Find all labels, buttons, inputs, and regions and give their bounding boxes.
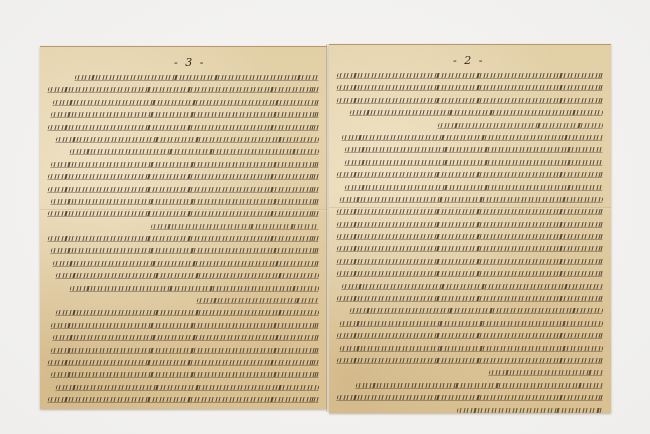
ink-stroke [50,372,319,377]
handwritten-line [337,342,603,354]
handwritten-line [337,94,603,106]
ink-stroke [50,162,319,167]
handwritten-line [337,366,603,378]
handwritten-line [48,158,319,170]
ink-stroke [50,112,319,117]
ink-stroke [342,284,604,289]
ink-stroke [47,187,319,192]
ink-stroke [47,236,319,241]
ink-stroke [47,125,319,130]
handwritten-line [337,106,603,118]
handwritten-line [48,406,319,409]
ink-stroke [197,298,320,303]
handwritten-line [337,304,603,316]
ink-stroke [336,395,603,400]
ink-stroke [50,199,319,204]
handwritten-line [48,331,319,343]
handwritten-line [337,354,603,366]
handwritten-line [48,83,319,95]
handwritten-line [337,218,603,230]
page-left: - 3 - [40,46,327,409]
handwritten-line [337,317,603,329]
handwritten-line [48,145,319,157]
handwritten-line [337,255,603,267]
ink-stroke [342,135,604,140]
page-number: - 3 - [174,56,205,69]
ink-stroke [336,271,603,276]
ink-stroke [50,248,319,253]
ink-stroke [47,397,319,402]
handwritten-line [337,143,603,155]
ink-stroke [75,75,320,80]
ink-stroke [344,147,603,152]
ink-stroke [53,335,320,340]
ink-stroke [53,100,320,105]
handwritten-lines [48,71,319,409]
ink-stroke [47,87,319,92]
ink-stroke [336,234,603,239]
handwritten-line [48,207,319,219]
handwritten-line [337,205,603,217]
ink-stroke [336,73,603,78]
handwritten-line [337,69,603,81]
ink-stroke [350,308,604,313]
handwritten-line [48,96,319,108]
handwritten-line [337,242,603,254]
ink-stroke [69,286,319,291]
ink-stroke [56,310,320,315]
ink-stroke [339,346,603,351]
ink-stroke [53,261,320,266]
ink-stroke [336,246,603,251]
handwritten-line [48,306,319,318]
handwritten-line [48,108,319,120]
ink-stroke [56,273,320,278]
ink-stroke [47,360,319,365]
ink-stroke [339,321,603,326]
handwritten-line [48,195,319,207]
handwritten-line [48,344,319,356]
ink-stroke [344,160,603,165]
page-right: - 2 - [329,44,611,413]
handwritten-line [337,193,603,205]
handwritten-line [48,183,319,195]
ink-stroke [56,385,320,390]
handwritten-line [337,267,603,279]
handwritten-line [48,269,319,281]
ink-stroke [47,174,319,179]
ink-stroke [336,259,603,264]
ink-stroke [339,197,603,202]
ink-stroke [355,383,603,388]
ink-stroke [150,224,319,229]
ink-stroke [336,209,603,214]
handwritten-line [337,329,603,341]
handwritten-line [48,133,319,145]
photo-background: - 3 - - 2 - [0,0,650,434]
handwritten-line [337,280,603,292]
ink-stroke [336,333,603,338]
handwritten-line [48,356,319,368]
ink-stroke [69,149,319,154]
handwritten-line [337,292,603,304]
handwritten-line [337,391,603,403]
ink-stroke [488,370,603,375]
handwritten-line [337,119,603,131]
handwritten-lines [337,69,603,413]
handwritten-line [337,156,603,168]
ink-stroke [438,123,604,128]
ink-stroke [344,185,603,190]
handwritten-line [48,232,319,244]
ink-stroke [336,222,603,227]
handwritten-line [48,381,319,393]
handwritten-line [337,181,603,193]
handwritten-line [48,71,319,83]
handwritten-line [48,257,319,269]
handwritten-line [48,170,319,182]
handwritten-line [337,168,603,180]
handwritten-line [337,379,603,391]
handwritten-line [337,131,603,143]
ink-stroke [350,110,604,115]
ink-stroke [50,323,319,328]
ink-stroke [456,408,603,413]
ink-stroke [47,211,319,216]
page-number: - 2 - [453,54,484,67]
handwritten-line [48,220,319,232]
ink-stroke [336,296,603,301]
ink-stroke [50,348,319,353]
handwritten-line [337,230,603,242]
handwritten-line [48,368,319,380]
ink-stroke [336,172,603,177]
handwritten-line [48,121,319,133]
ink-stroke [336,85,603,90]
handwritten-line [48,282,319,294]
handwritten-line [48,393,319,405]
handwritten-line [48,244,319,256]
letter-spread: - 3 - - 2 - [40,44,612,412]
ink-stroke [336,358,603,363]
handwritten-line [48,294,319,306]
handwritten-line [48,319,319,331]
ink-stroke [56,137,320,142]
handwritten-line [337,404,603,413]
ink-stroke [336,98,603,103]
handwritten-line [337,81,603,93]
